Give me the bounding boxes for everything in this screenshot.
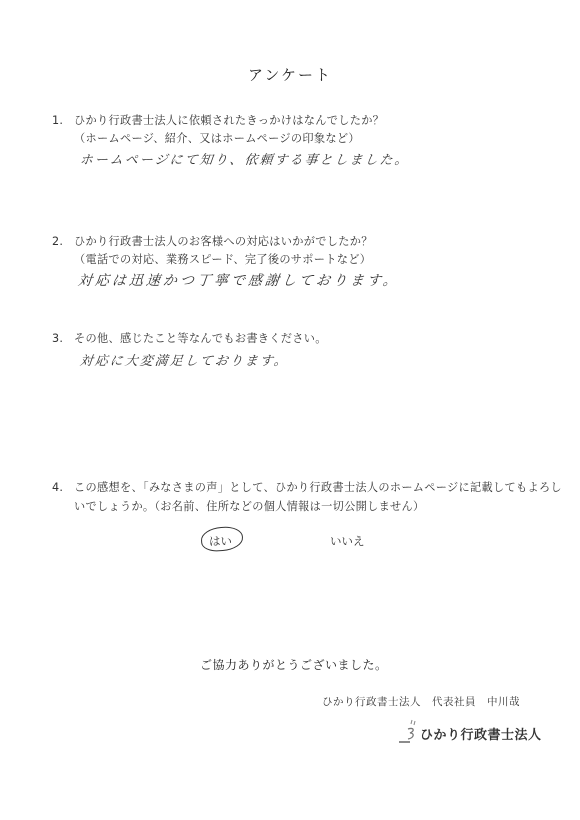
question-3-text: その他、感じたこと等なんでもお書きください。 bbox=[74, 332, 327, 345]
question-2-number: 2. bbox=[52, 235, 74, 248]
question-3-number: 3. bbox=[52, 332, 74, 345]
question-4-number: 4. bbox=[52, 481, 74, 494]
answer-1-handwritten: ホームページにて知り、依頼する事としました。 bbox=[79, 149, 411, 168]
answer-3-handwritten: 対応に大変満足しております。 bbox=[79, 350, 290, 369]
logo: ひかり行政書士法人 bbox=[398, 718, 538, 746]
question-1: 1.ひかり行政書士法人に依頼されたきっかけはなんでしたか？ bbox=[52, 112, 384, 128]
answer-2-handwritten: 対応は迅速かつ丁寧で感謝しております。 bbox=[77, 270, 401, 290]
option-yes-circle bbox=[200, 526, 244, 553]
question-3: 3.その他、感じたこと等なんでもお書きください。 bbox=[52, 330, 327, 346]
question-4: 4.この感想を、「みなさまの声」として、ひかり行政書士法人のホームページに記載し… bbox=[52, 479, 562, 495]
logo-text: ひかり行政書士法人 bbox=[420, 724, 542, 743]
thanks-message: ご協力ありがとうございました。 bbox=[200, 656, 388, 673]
option-no: いいえ bbox=[330, 533, 365, 549]
question-2-hint: （電話での対応、業務スピード、完了後のサポートなど） bbox=[74, 251, 371, 267]
question-1-text: ひかり行政書士法人に依頼されたきっかけはなんでしたか？ bbox=[74, 114, 384, 127]
logo-mark-icon bbox=[398, 718, 420, 744]
signature: ひかり行政書士法人 代表社員 中川哉 bbox=[322, 694, 520, 709]
question-2: 2.ひかり行政書士法人のお客様への対応はいかがでしたか？ bbox=[52, 233, 373, 249]
question-4-text-line1: この感想を、「みなさまの声」として、ひかり行政書士法人のホームページに記載しても… bbox=[74, 481, 562, 494]
question-1-number: 1. bbox=[52, 114, 74, 127]
question-4-text-line2: いでしょうか。（お名前、住所などの個人情報は一切公開しません） bbox=[74, 498, 425, 514]
survey-title: アンケート bbox=[0, 64, 580, 85]
question-1-hint: （ホームページ、紹介、又はホームページの印象など） bbox=[74, 130, 360, 146]
question-2-text: ひかり行政書士法人のお客様への対応はいかがでしたか？ bbox=[74, 235, 373, 248]
